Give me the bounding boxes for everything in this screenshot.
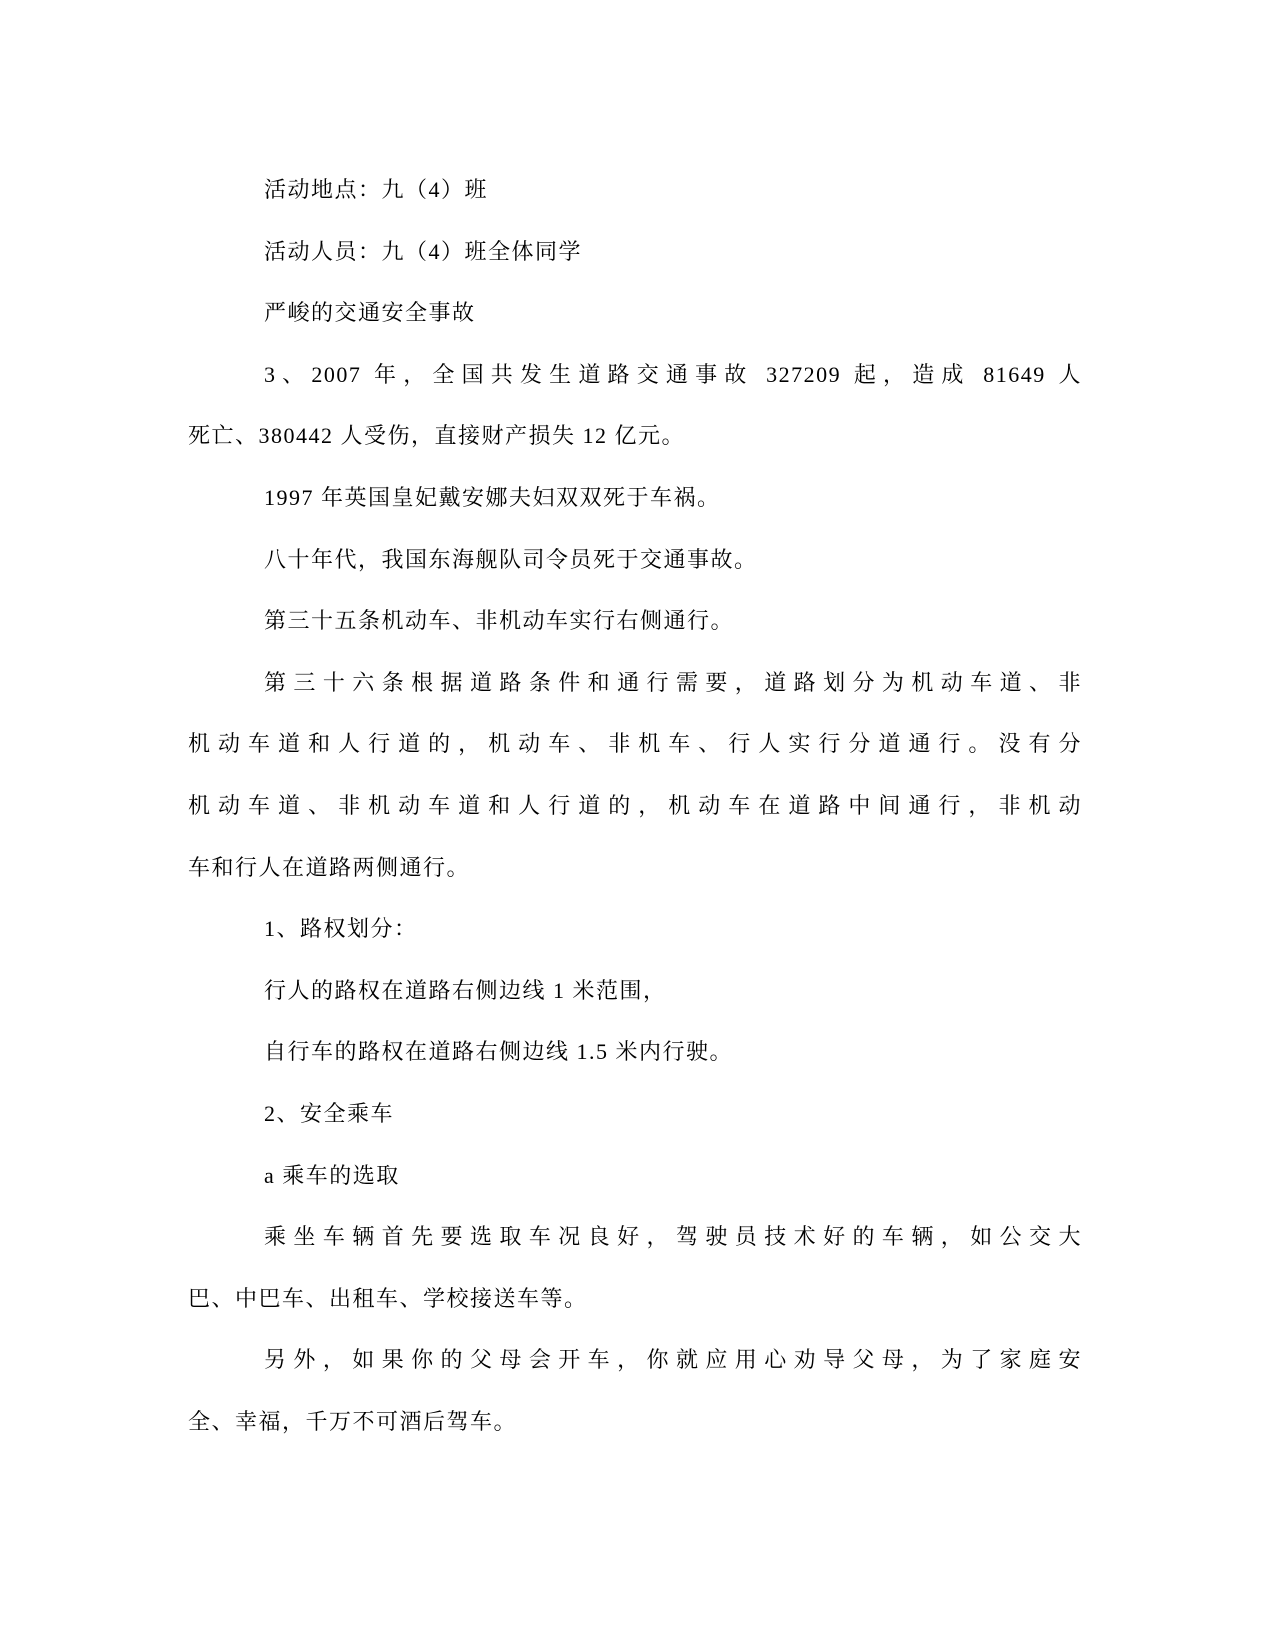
doc-line: a 乘车的选取 [188, 1145, 1082, 1207]
document-page: 活动地点：九（4）班 活动人员：九（4）班全体同学 严峻的交通安全事故 3、20… [0, 0, 1275, 1650]
doc-line: 严峻的交通安全事故 [188, 282, 1082, 344]
doc-line: 机动车道、非机动车道和人行道的，机动车在道路中间通行，非机动 [188, 775, 1082, 837]
doc-line: 另外，如果你的父母会开车，你就应用心劝导父母，为了家庭安 [188, 1329, 1082, 1391]
doc-line: 八十年代，我国东海舰队司令员死于交通事故。 [188, 529, 1082, 591]
doc-line: 巴、中巴车、出租车、学校接送车等。 [188, 1268, 1082, 1330]
document-text-block: 活动地点：九（4）班 活动人员：九（4）班全体同学 严峻的交通安全事故 3、20… [188, 159, 1082, 1452]
doc-line: 自行车的路权在道路右侧边线 1.5 米内行驶。 [188, 1021, 1082, 1083]
doc-line: 全、幸福，千万不可酒后驾车。 [188, 1391, 1082, 1453]
doc-line: 车和行人在道路两侧通行。 [188, 837, 1082, 899]
doc-line: 3、2007 年，全国共发生道路交通事故 327209 起，造成 81649 人 [188, 344, 1082, 406]
doc-line: 活动人员：九（4）班全体同学 [188, 221, 1082, 283]
doc-line: 活动地点：九（4）班 [188, 159, 1082, 221]
doc-line: 行人的路权在道路右侧边线 1 米范围， [188, 960, 1082, 1022]
doc-line: 第三十五条机动车、非机动车实行右侧通行。 [188, 590, 1082, 652]
doc-line: 第三十六条根据道路条件和通行需要，道路划分为机动车道、非 [188, 652, 1082, 714]
doc-line: 1、路权划分： [188, 898, 1082, 960]
doc-line: 1997 年英国皇妃戴安娜夫妇双双死于车祸。 [188, 467, 1082, 529]
doc-line: 2、安全乘车 [188, 1083, 1082, 1145]
doc-line: 死亡、380442 人受伤，直接财产损失 12 亿元。 [188, 405, 1082, 467]
doc-line: 机动车道和人行道的，机动车、非机车、行人实行分道通行。没有分 [188, 713, 1082, 775]
doc-line: 乘坐车辆首先要选取车况良好，驾驶员技术好的车辆，如公交大 [188, 1206, 1082, 1268]
